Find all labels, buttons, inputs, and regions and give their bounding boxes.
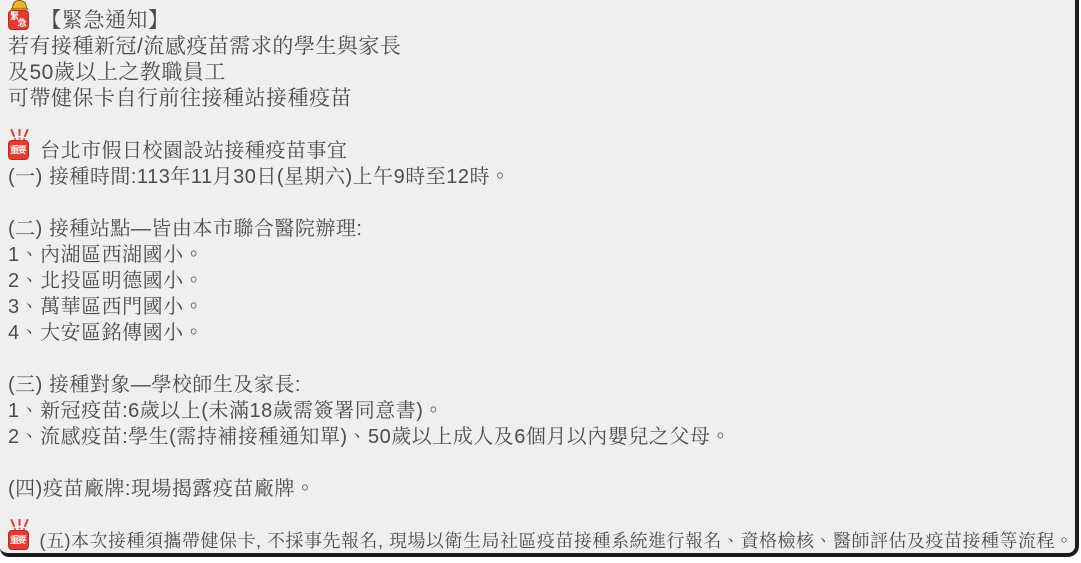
notice-title-text: 【緊急通知】 xyxy=(40,9,169,32)
notice-line: 及50歲以上之教職員工 xyxy=(8,60,1075,86)
item-sites-line: (二) 接種站點—皆由本市聯合醫院辦理: xyxy=(8,216,1075,242)
site-list-item: 4、大安區銘傳國小。 xyxy=(8,320,1075,346)
notice-text: 1、內湖區西湖國小。 xyxy=(8,244,204,266)
blank-line xyxy=(8,190,1075,216)
urgent-stamp-icon: 緊 急 xyxy=(8,9,31,30)
notice-title-line: 緊 急 【緊急通知】 xyxy=(8,8,1075,34)
item-time-line: (一) 接種時間:113年11月30日(星期六)上午9時至12時。 xyxy=(8,164,1075,190)
notice-text: 若有接種新冠/流感疫苗需求的學生與家長 xyxy=(8,35,401,58)
exclamation-marks-icon xyxy=(10,129,29,140)
notice-text: (四)疫苗廠牌:現場揭露疫苗廠牌。 xyxy=(8,478,315,500)
notice-line: 若有接種新冠/流感疫苗需求的學生與家長 xyxy=(8,34,1075,60)
important-stamp-icon: 重 要 xyxy=(8,139,31,160)
blank-line xyxy=(8,502,1075,528)
target-list-item: 1、新冠疫苗:6歲以上(未滿18歲需簽署同意書)。 xyxy=(8,398,1075,424)
notice-line: 可帶健保卡自行前往接種站接種疫苗 xyxy=(8,86,1075,112)
site-list-item: 2、北投區明德國小。 xyxy=(8,268,1075,294)
notice-text: 1、新冠疫苗:6歲以上(未滿18歲需簽署同意書)。 xyxy=(8,400,444,422)
exclamation-marks-icon xyxy=(10,519,29,530)
notice-text: 2、北投區明德國小。 xyxy=(8,270,204,292)
notice-text: 及50歲以上之教職員工 xyxy=(8,61,226,84)
section-title-text: 台北市假日校園設站接種疫苗事宜 xyxy=(40,140,348,162)
notice-text: 3、萬華區西門國小。 xyxy=(8,296,204,318)
site-list-item: 3、萬華區西門國小。 xyxy=(8,294,1075,320)
notice-text: 可帶健保卡自行前往接種站接種疫苗 xyxy=(8,87,352,110)
notice-text: (一) 接種時間:113年11月30日(星期六)上午9時至12時。 xyxy=(8,166,511,188)
item-targets-line: (三) 接種對象—學校師生及家長: xyxy=(8,372,1075,398)
blank-line xyxy=(8,112,1075,138)
notice-text: (三) 接種對象—學校師生及家長: xyxy=(8,374,301,396)
bell-icon xyxy=(10,0,29,10)
notice-text: (五)本次接種須攜帶健保卡, 不採事先報名, 現場以衛生局社區疫苗接種系統進行報… xyxy=(40,531,1074,551)
section-title-line: 重 要 台北市假日校園設站接種疫苗事宜 xyxy=(8,138,1075,164)
notice-text: 2、流感疫苗:學生(需持補接種通知單)、50歲以上成人及6個月以內嬰兒之父母。 xyxy=(8,426,731,448)
notice-text: 4、大安區銘傳國小。 xyxy=(8,322,204,344)
notice-card: 緊 急 【緊急通知】 若有接種新冠/流感疫苗需求的學生與家長 及50歲以上之教職… xyxy=(0,0,1079,557)
target-list-item: 2、流感疫苗:學生(需持補接種通知單)、50歲以上成人及6個月以內嬰兒之父母。 xyxy=(8,424,1075,450)
item-procedure-line: 重 要 (五)本次接種須攜帶健保卡, 不採事先報名, 現場以衛生局社區疫苗接種系… xyxy=(8,528,1075,554)
important-stamp-icon: 重 要 xyxy=(8,529,31,550)
item-brand-line: (四)疫苗廠牌:現場揭露疫苗廠牌。 xyxy=(8,476,1075,502)
blank-line xyxy=(8,346,1075,372)
notice-text: (二) 接種站點—皆由本市聯合醫院辦理: xyxy=(8,218,362,240)
blank-line xyxy=(8,450,1075,476)
site-list-item: 1、內湖區西湖國小。 xyxy=(8,242,1075,268)
